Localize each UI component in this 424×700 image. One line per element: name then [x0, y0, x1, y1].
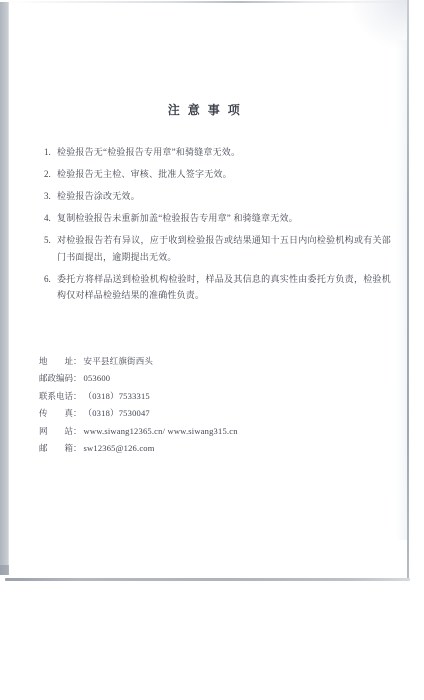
- contact-value: （0318）7533315: [84, 390, 150, 403]
- contact-row: 网 站：www.siwang12365.cn/ www.siwang315.cn: [39, 425, 238, 442]
- contact-colon: ：: [73, 442, 82, 455]
- contact-row: 传 真：（0318）7530047: [39, 407, 238, 424]
- contact-value: sw12365@126.com: [84, 442, 155, 455]
- notice-item-text: 复制检验报告未重新加盖“检验报告专用章” 和骑缝章无效。: [57, 210, 391, 227]
- notice-item: 2. 检验报告无主检、审核、批准人签字无效。: [44, 166, 391, 183]
- notice-item-number: 5.: [44, 232, 57, 265]
- notice-item-number: 1.: [44, 144, 57, 161]
- notice-item: 1. 检验报告无“检验报告专用章”和骑缝章无效。: [44, 144, 391, 161]
- contact-value: www.siwang12365.cn/ www.siwang315.cn: [84, 425, 238, 438]
- contact-colon: ：: [73, 390, 82, 403]
- contact-label: 邮政编码: [39, 372, 73, 385]
- notice-item: 6. 委托方将样品送到检验机构检验时，样品及其信息的真实性由委托方负责，检验机构…: [44, 271, 391, 304]
- contact-row: 地 址：安平县红旗街西头: [39, 355, 238, 372]
- notice-item-text: 对检验报告若有异议，应于收到检验报告或结果通知十五日内向检验机构或有关部门书面提…: [57, 232, 391, 265]
- contact-label: 网 站: [39, 425, 73, 438]
- page-title: 注 意 事 项: [0, 101, 410, 118]
- notice-item-text: 委托方将样品送到检验机构检验时，样品及其信息的真实性由委托方负责，检验机构仅对样…: [57, 271, 391, 304]
- contact-colon: ：: [73, 372, 82, 385]
- scan-left-edge: [0, 2, 9, 575]
- scan-right-edge: [407, 0, 409, 580]
- contact-row: 邮政编码：053600: [39, 372, 238, 389]
- notice-item-number: 6.: [44, 271, 57, 304]
- contact-row: 联系电话：（0318）7533315: [39, 390, 238, 407]
- notice-list: 1. 检验报告无“检验报告专用章”和骑缝章无效。 2. 检验报告无主检、审核、批…: [44, 144, 391, 309]
- notice-item: 5. 对检验报告若有异议，应于收到检验报告或结果通知十五日内向检验机构或有关部门…: [44, 232, 391, 265]
- notice-item-text: 检验报告涂改无效。: [57, 188, 391, 205]
- contact-block: 地 址：安平县红旗街西头 邮政编码：053600 联系电话：（0318）7533…: [39, 355, 238, 459]
- contact-colon: ：: [73, 355, 82, 368]
- contact-label: 地 址: [39, 355, 73, 368]
- contact-value: 053600: [84, 372, 111, 385]
- contact-label: 传 真: [39, 407, 73, 420]
- notice-item-number: 4.: [44, 210, 57, 227]
- notice-item-text: 检验报告无主检、审核、批准人签字无效。: [57, 166, 391, 183]
- scan-bottom-edge: [5, 578, 410, 581]
- notice-item-number: 3.: [44, 188, 57, 205]
- contact-row: 邮 箱：sw12365@126.com: [39, 442, 238, 459]
- contact-value: （0318）7530047: [84, 407, 150, 420]
- contact-label: 联系电话: [39, 390, 73, 403]
- notice-item: 4. 复制检验报告未重新加盖“检验报告专用章” 和骑缝章无效。: [44, 210, 391, 227]
- contact-value: 安平县红旗街西头: [84, 355, 154, 368]
- contact-colon: ：: [73, 407, 82, 420]
- contact-colon: ：: [73, 425, 82, 438]
- notice-item: 3. 检验报告涂改无效。: [44, 188, 391, 205]
- scan-top-edge: [10, 1, 407, 3]
- notice-item-number: 2.: [44, 166, 57, 183]
- scanned-document-page: 注 意 事 项 1. 检验报告无“检验报告专用章”和骑缝章无效。 2. 检验报告…: [0, 0, 424, 700]
- notice-item-text: 检验报告无“检验报告专用章”和骑缝章无效。: [57, 144, 391, 161]
- contact-label: 邮 箱: [39, 442, 73, 455]
